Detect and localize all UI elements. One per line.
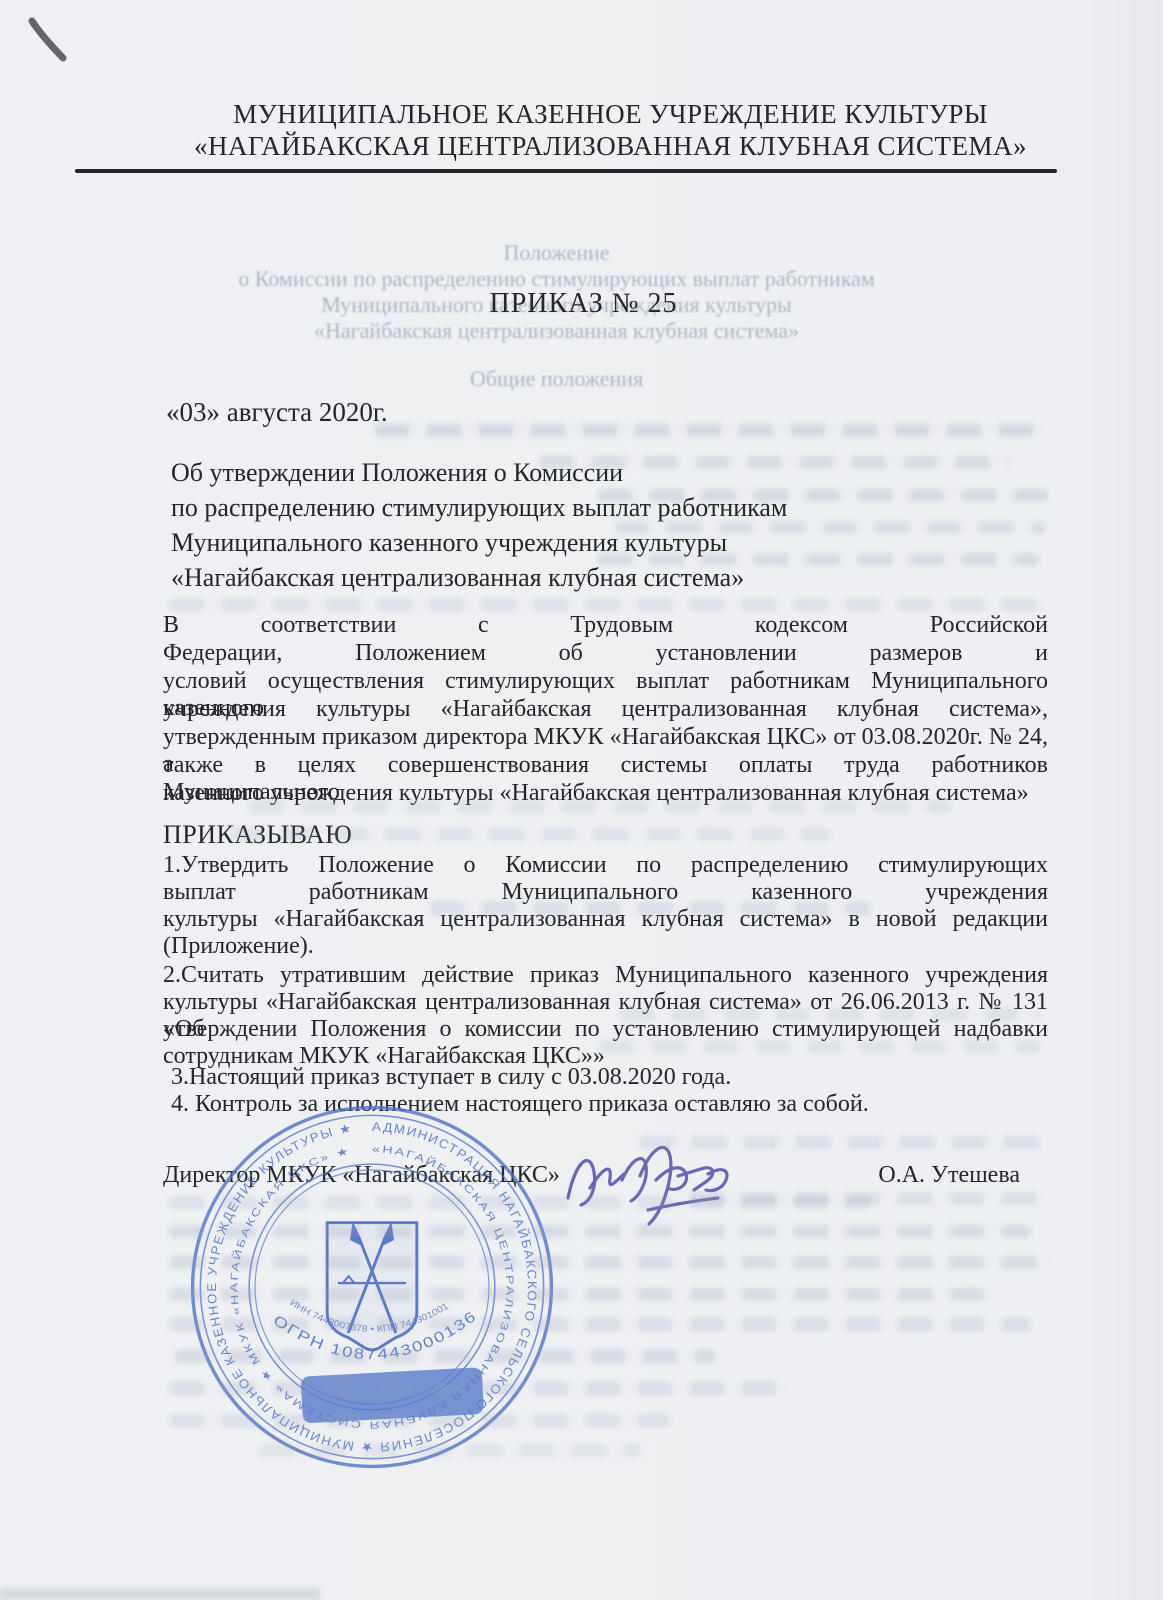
- intro-line: В соответствии с Трудовым кодексом Росси…: [163, 612, 1048, 639]
- order-item-line: 3.Настоящий приказ вступает в силу с 03.…: [171, 1064, 1056, 1091]
- bleed-through-smudge: [230, 828, 830, 841]
- scan-edge-artifact: [0, 1588, 320, 1600]
- intro-line: Федерации, Положением об установлении ра…: [163, 640, 1048, 667]
- bleed-through-smudge: [175, 1350, 715, 1363]
- bleed-through-smudge: [375, 424, 1040, 437]
- bleed-through-smudge: [540, 456, 1010, 469]
- bleed-through-line: Положение: [0, 240, 1138, 266]
- bleed-through-smudge: [598, 553, 1038, 566]
- bleed-through-smudge: [250, 800, 950, 813]
- bleed-through-smudge: [430, 902, 870, 915]
- bleed-through-section-heading: Общие положения: [0, 366, 1138, 392]
- bleed-through-smudge: [260, 1444, 640, 1457]
- bleed-through-smudge: [598, 489, 1048, 502]
- signature-name: О.А. Утешева: [878, 1162, 1020, 1189]
- bleed-through-smudge: [600, 1040, 1040, 1053]
- scan-artifact-mark: [18, 10, 88, 80]
- bleed-through-smudge: [170, 1196, 870, 1209]
- bleed-through-smudge: [170, 598, 1045, 611]
- org-name-line1: МУНИЦИПАЛЬНОЕ КАЗЕННОЕ УЧРЕЖДЕНИЕ КУЛЬТУ…: [29, 99, 1163, 130]
- order-title: ПРИКАЗ № 25: [2, 288, 1163, 320]
- bleed-through-smudge: [170, 1318, 1030, 1331]
- bleed-through-smudge: [640, 1136, 1040, 1149]
- bleed-through-smudge: [620, 1008, 1040, 1021]
- bleed-through-smudge: [170, 1382, 790, 1395]
- bleed-through-line: «Нагайбакская централизованная клубная с…: [0, 318, 1138, 344]
- org-name-line2: «НАГАЙБАКСКАЯ ЦЕНТРАЛИЗОВАННАЯ КЛУБНАЯ С…: [29, 131, 1163, 162]
- bleed-through-smudge: [170, 1414, 670, 1427]
- order-item-line: 2.Считать утратившим действие приказ Мун…: [163, 962, 1048, 989]
- bleed-through-smudge: [170, 1256, 1050, 1269]
- order-date: «03» августа 2020г.: [166, 397, 388, 428]
- bleed-through-smudge: [615, 521, 1045, 534]
- scanned-document-page: { "letterhead": { "line1": "МУНИЦИПАЛЬНО…: [0, 0, 1163, 1600]
- order-item-line: (Приложение).: [163, 933, 1048, 960]
- intro-line: учреждения культуры «Нагайбакская центра…: [163, 696, 1048, 723]
- letterhead-rule: [75, 169, 1057, 173]
- order-item-line: 1.Утвердить Положение о Комиссии по расп…: [163, 852, 1048, 879]
- bleed-through-smudge: [170, 1288, 1000, 1301]
- order-subject-line: «Нагайбакская централизованная клубная с…: [171, 563, 931, 593]
- bleed-through-smudge: [170, 1225, 1030, 1238]
